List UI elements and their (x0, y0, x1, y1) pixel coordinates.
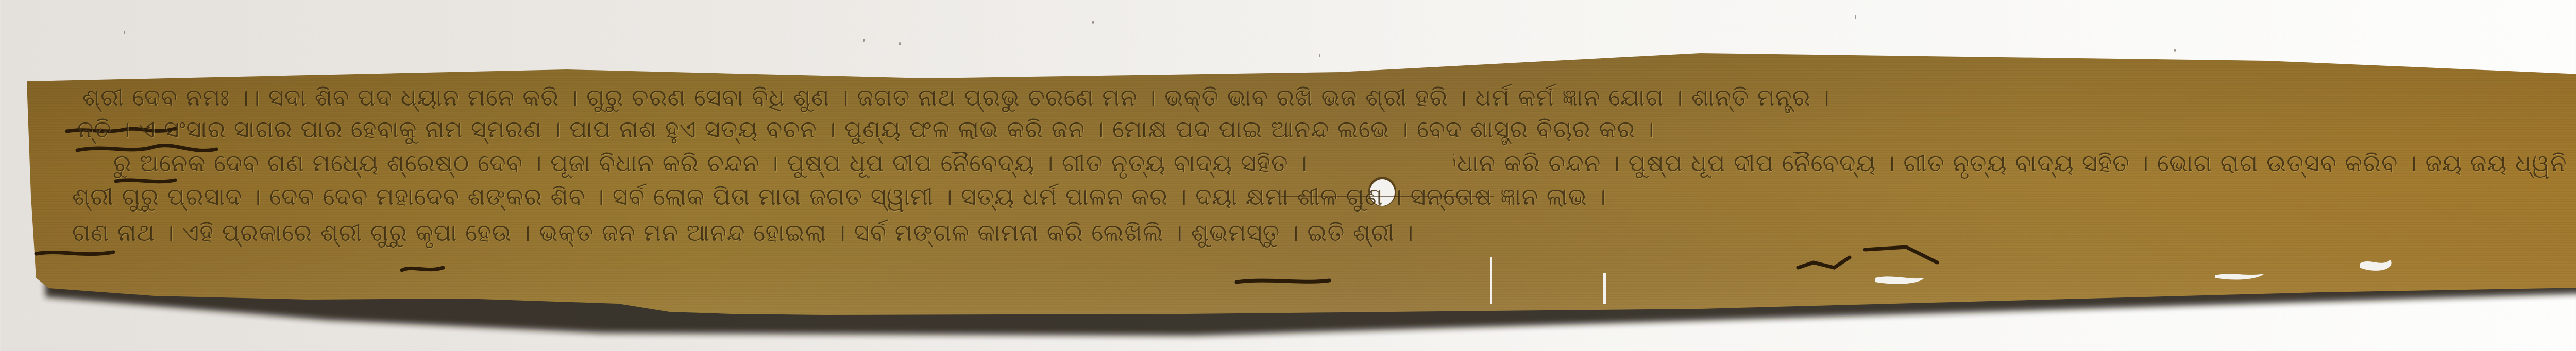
manuscript-line-1: ଶ୍ରୀ ଦେବ ନମଃ ।। ସଦା ଶିବ ପଦ ଧ୍ୟାନ ମନେ କରି… (82, 83, 2576, 114)
manuscript-line-2: ନ୍ତି । ଏ ସଂସାର ସାଗର ପାର ହେବାକୁ ନାମ ସ୍ମରଣ… (77, 115, 2576, 146)
dust-speck (899, 42, 901, 45)
dust-speck (1092, 21, 1094, 24)
dust-speck (1855, 15, 1856, 19)
dust-speck (1319, 54, 1320, 57)
dust-speck (2174, 49, 2176, 52)
manuscript-photo: ଶ୍ରୀ ଦେବ ନମଃ ।। ସଦା ଶିବ ପଦ ଧ୍ୟାନ ମନେ କରି… (0, 0, 2576, 351)
manuscript-line-5: ଗଣ ନାଥ । ଏହି ପ୍ରକାରେ ଶ୍ରୀ ଗୁରୁ କୃପା ହେଉ … (72, 219, 2576, 250)
manuscript-line-3b: ରୁ ଅନେକ ଦେବ ଗଣ ମଧ୍ୟେ ଶ୍ରେଷ୍ଠ ଦେବ । ପୂଜା … (1453, 149, 2576, 180)
dust-speck (863, 39, 865, 42)
manuscript-line-4: ଶ୍ରୀ ଗୁରୁ ପ୍ରସାଦ । ଦେବ ଦେବ ମହାଦେବ ଶଙ୍କର … (72, 183, 2576, 214)
manuscript-line-3: ରୁ ଅନେକ ଦେବ ଗଣ ମଧ୍ୟେ ଶ୍ରେଷ୍ଠ ଦେବ । ପୂଜା … (113, 149, 1314, 180)
dust-speck (124, 31, 125, 34)
